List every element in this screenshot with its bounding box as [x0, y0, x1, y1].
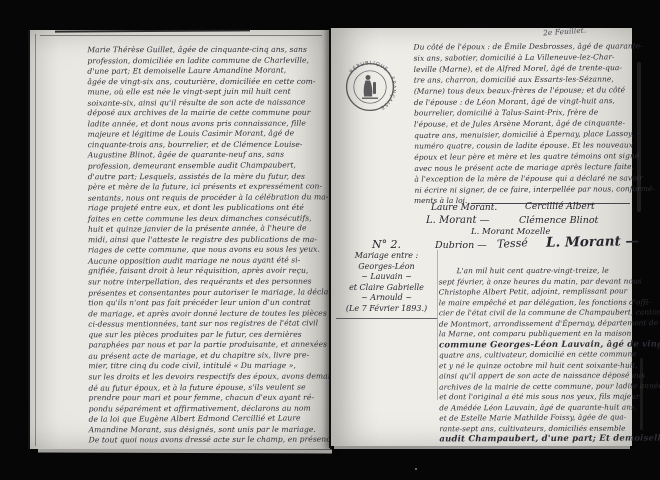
signature: Dubrion — [435, 240, 487, 251]
handwritten-line: cier de l'état civil de la commune de Ch… [439, 308, 635, 319]
page-edge-line-left-inner [35, 34, 36, 446]
signature: L. Morant — [426, 215, 490, 226]
scan-page-edge-streak [637, 62, 641, 212]
handwritten-line: sur les droits et les devoirs respectifs… [88, 372, 330, 383]
left-page: Marie Thérèse Guillet, âgée de cinquante… [28, 30, 330, 449]
margin-rule [336, 318, 437, 319]
handwritten-line: mune, où elle est née le vingt-sept juin… [87, 87, 329, 98]
handwritten-line: ci-dessus mentionnées, tant sur nos regi… [88, 318, 330, 330]
scan-page-edge-streak [640, 358, 643, 430]
act-number: N° 2. [336, 238, 437, 251]
handwritten-line: cinquante-trois ans, bourrelier, et de C… [88, 140, 330, 151]
signature: Cercillié Albert [525, 202, 595, 212]
handwritten-line: que sur les pièces produites par le futu… [88, 330, 330, 341]
previous-act-continuation-text: Du côté de l'époux : de Émile Desbrosses… [413, 40, 632, 196]
handwritten-line: Du côté de l'époux : de Émile Desbrosses… [413, 40, 631, 52]
handwritten-line: Mariage entre : [336, 251, 437, 262]
republique-francaise-stamp-icon: RÉPUBLIQUE · FRANÇAISE [343, 60, 397, 114]
handwritten-line: profession, demeurant ensemble audit Cha… [88, 160, 330, 172]
handwritten-line: numéro quatre, cousin de ladite épouse. … [414, 139, 632, 151]
act-body-text: L'an mil huit cent quatre-vingt-treize, … [439, 266, 636, 445]
folio-note: 2e Feuillet. [543, 26, 587, 38]
handwritten-line: ~ Lauvain ~ [336, 272, 437, 283]
scan-dust-speck [415, 468, 417, 470]
handwritten-line: et Claire Gabrielle [336, 283, 437, 294]
handwritten-line: d'autre part; Lesquels, assistés de la m… [88, 171, 330, 182]
handwritten-line: prendre pour mari et pour femme, chacun … [89, 393, 331, 404]
handwritten-line: le maire empêché et par délégation, les … [439, 297, 635, 308]
underlying-page-sliver [38, 448, 332, 453]
handwritten-line: (Le 7 Février 1893.) [336, 304, 437, 315]
handwritten-line: déposé aux archives de la mairie de cett… [88, 108, 330, 119]
handwritten-line: et de Estelle Marie Mathilde Foissy, âgé… [439, 412, 635, 424]
handwritten-line: Christophe Albert Petit, adjoint, rempli… [439, 286, 635, 298]
handwritten-line: Marie Thérèse Guillet, âgée de cinquante… [87, 45, 329, 56]
handwritten-line: bourrelier, domicilié à Talus-Saint-Prix… [414, 106, 632, 118]
handwritten-line: et dont l'original a été mis sous nos ye… [439, 392, 635, 403]
handwritten-line: père et mère de la future, ici présents … [88, 182, 330, 193]
left-page-text: Marie Thérèse Guillet, âgée de cinquante… [87, 45, 330, 447]
handwritten-line: ainsi qu'il appert de son acte de naissa… [439, 371, 635, 382]
handwritten-line: majeure et légitime de Louis Casimir Mor… [88, 129, 330, 141]
handwritten-line: la Marne, ont comparu publiquement en la… [439, 329, 635, 340]
handwritten-line: mier, titre cinq du code civil, intitulé… [88, 361, 330, 372]
handwritten-line: L'an mil huit cent quatre-vingt-treize, … [439, 266, 635, 277]
signature: Clémence Blinot [519, 215, 598, 226]
handwritten-line: midi, ainsi que l'atteste le registre de… [88, 235, 330, 246]
handwritten-line: ~ Arnould ~ [336, 293, 437, 304]
handwritten-line: huit et quinze janvier de la présente an… [88, 224, 330, 236]
handwritten-line: tre ans, charron, domicilié aux Essarts-… [414, 73, 632, 85]
handwritten-line: gnifiée, faisant droit à leur réquisitio… [88, 266, 330, 277]
handwritten-line: de la loi que Eugène Albert Edmond Cerci… [89, 413, 331, 425]
handwritten-line: d'une part; Et demoiselle Laure Amandine… [87, 65, 329, 77]
signature: L. Morant Mozelle [471, 227, 550, 237]
handwritten-line: audit Champaubert, d'une part; Et demois… [439, 434, 635, 445]
handwritten-line: ni écrire ni signer, de ce faire, interp… [414, 183, 632, 196]
signature: Laure Morant. [431, 203, 497, 213]
act-margin-note-lines: Mariage entre :Georges-Léon~ Lauvain ~et… [336, 251, 437, 315]
page-edge-line-top-inner [40, 35, 322, 36]
handwritten-line: à l'exception de la mère de l'épouse qui… [414, 172, 632, 184]
handwritten-line: rante-sept ans, cultivateurs, domiciliés… [439, 423, 635, 434]
handwritten-line: De tout quoi nous avons dressé acte sur … [89, 435, 331, 446]
scanned-register-spread: Marie Thérèse Guillet, âgée de cinquante… [0, 0, 660, 480]
handwritten-line: et y né le quinze octobre mil huit cent … [439, 360, 635, 371]
signature: Tessé [497, 236, 528, 251]
signature: L. Morant — [546, 233, 639, 251]
page-edge-line-left [28, 30, 30, 449]
underlying-page-sliver [334, 446, 630, 449]
handwritten-line: riage projeté entre eux, et dont les pub… [88, 203, 330, 214]
handwritten-line: Georges-Léon [336, 262, 437, 273]
handwritten-line: Amandine Morant, sus désignés, sont unis… [89, 424, 331, 435]
right-page: 2e Feuillet. RÉPUBLIQUE · FRANÇAISE Du c… [331, 28, 632, 446]
act-margin-note: N° 2. Mariage entre :Georges-Léon~ Lauva… [336, 238, 437, 319]
handwritten-line: âgée de vingt-six ans, couturière, domic… [87, 76, 329, 87]
handwritten-line: tion qu'ils n'ont pas fait précéder leur… [88, 298, 330, 309]
stamp-figure [362, 75, 378, 99]
handwritten-line: sur notre interpellation, des requérants… [88, 277, 330, 288]
handwritten-line: quatre ans, cultivateur, domicilié en ce… [439, 349, 635, 361]
